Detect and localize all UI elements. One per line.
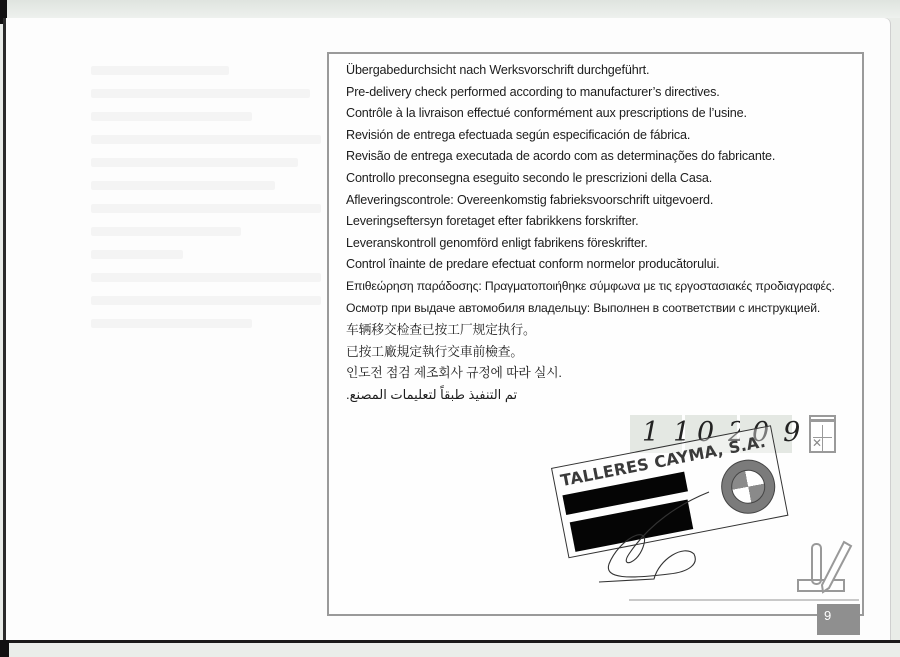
statement-pt: Revisão de entrega executada de acordo c… [346, 146, 856, 168]
sign-pen-icon [795, 538, 857, 600]
statement-ru: Осмотр при выдаче автомобиля владельцу: … [346, 298, 856, 320]
show-through-text [91, 66, 321, 342]
scanner-background-top [0, 0, 900, 18]
booklet-page: Übergabedurchsicht nach Werksvorschrift … [3, 18, 890, 640]
page-number: 9 [817, 604, 860, 635]
statement-en: Pre-delivery check performed according t… [346, 82, 856, 104]
bmw-roundel-logo [717, 455, 780, 518]
statement-zh-hans: 车辆移交检查已按工厂规定执行。 [346, 319, 856, 341]
statement-sv: Leveranskontroll genomförd enligt fabrik… [346, 233, 856, 255]
statement-de: Übergabedurchsicht nach Werksvorschrift … [346, 60, 856, 82]
dealer-stamp: TALLERES CAYMA, S.A. [551, 425, 788, 558]
statement-it: Controllo preconsegna eseguito secondo l… [346, 168, 856, 190]
signature-line [629, 599, 859, 601]
statement-es: Revisión de entrega efectuada según espe… [346, 125, 856, 147]
statement-zh-hant: 已按工廠規定執行交車前檢查。 [346, 341, 856, 363]
calendar-icon: ✕ [809, 415, 836, 453]
statement-ro: Control înainte de predare efectuat conf… [346, 254, 856, 276]
statement-nl: Afleveringscontrole: Overeenkomstig fabr… [346, 190, 856, 212]
scanner-edge [0, 640, 9, 657]
statement-ko: 인도전 점검 제조회사 규정에 따라 실시. [346, 362, 856, 384]
inspection-box: Übergabedurchsicht nach Werksvorschrift … [327, 52, 864, 616]
statement-ar: تم التنفيذ طبقاً لتعليمات المصنع. [346, 384, 856, 406]
statement-fr: Contrôle à la livraison effectué conform… [346, 103, 856, 125]
scanner-background-bottom [0, 640, 900, 657]
statement-el: Επιθεώρηση παράδοσης: Πραγματοποιήθηκε σ… [346, 276, 856, 298]
statement-list: Übergabedurchsicht nach Werksvorschrift … [346, 60, 856, 406]
statement-da: Leveringseftersyn foretaget efter fabrik… [346, 211, 856, 233]
